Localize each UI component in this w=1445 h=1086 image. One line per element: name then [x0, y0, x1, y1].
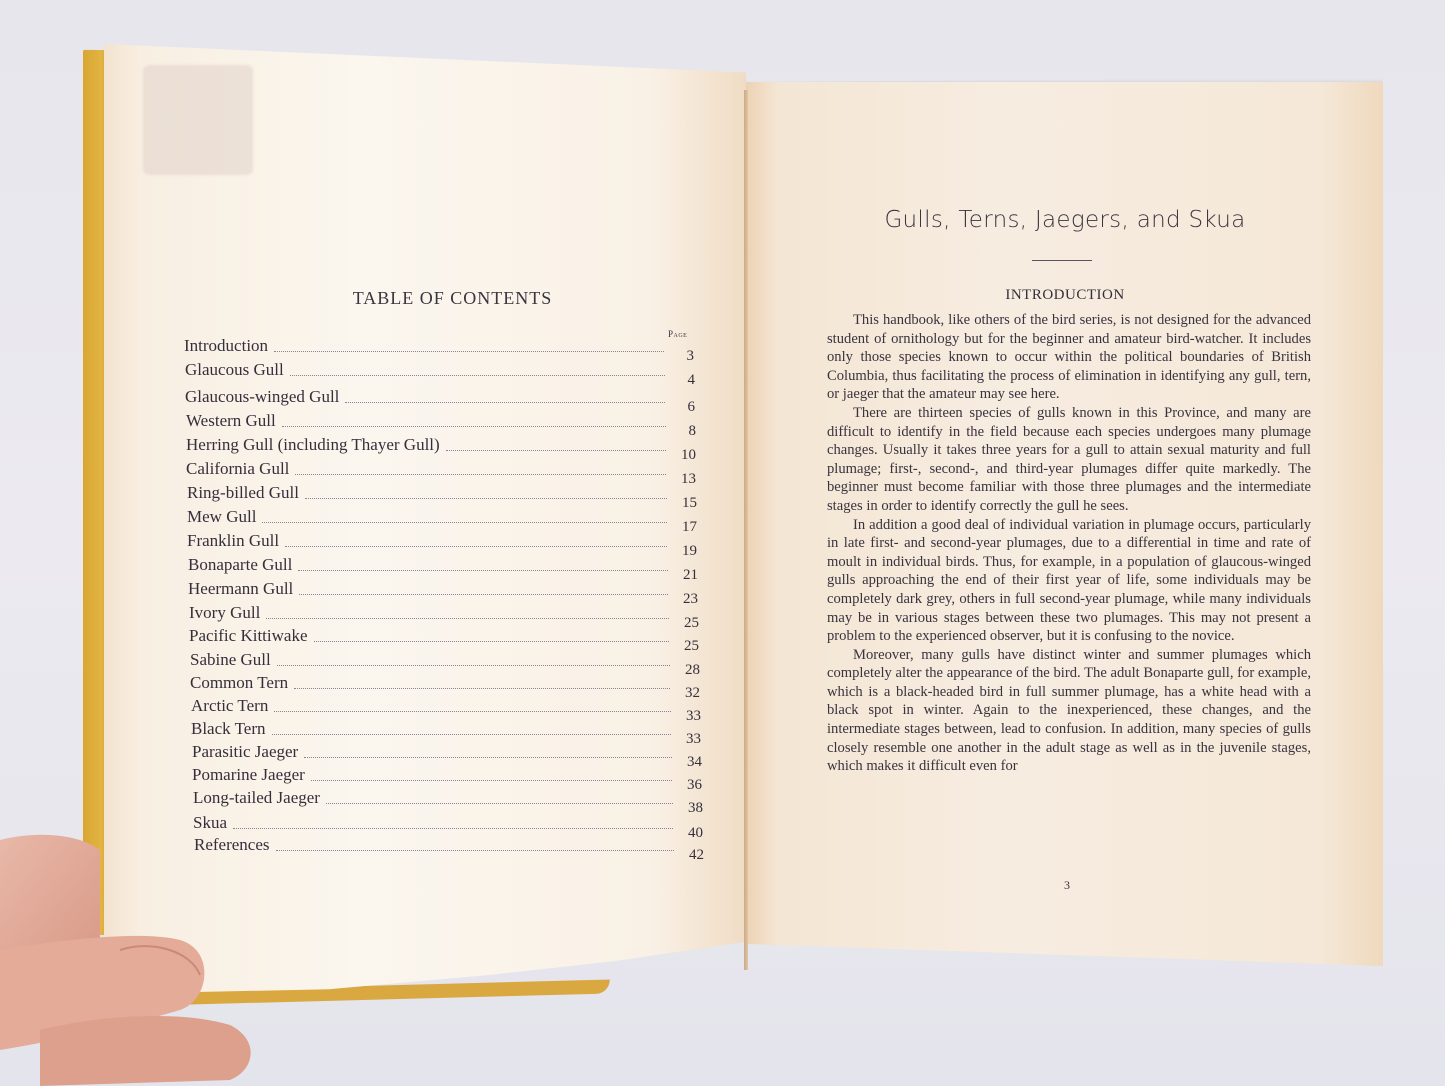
- book-gutter: [744, 90, 748, 970]
- toc-entry-label: Pacific Kittiwake: [189, 626, 308, 646]
- toc-entry: Sabine Gull28: [190, 646, 700, 670]
- toc-entry: Pacific Kittiwake25: [189, 622, 699, 646]
- toc-entry: Ring-billed Gull15: [187, 479, 697, 503]
- leader-dots: [299, 593, 668, 595]
- leader-dots: [326, 802, 673, 804]
- toc-entry-label: Parasitic Jaeger: [192, 742, 298, 762]
- toc-entry: Black Tern33: [191, 715, 701, 739]
- leader-dots: [311, 779, 672, 781]
- leader-dots: [304, 756, 672, 758]
- toc-entry-label: Glaucous Gull: [185, 360, 284, 380]
- toc-entry: Herring Gull (including Thayer Gull)10: [186, 431, 696, 455]
- toc-entry-label: Heermann Gull: [188, 579, 293, 599]
- leader-dots: [266, 617, 669, 619]
- leader-dots: [345, 401, 665, 403]
- toc-entry: Western Gull8: [186, 407, 696, 431]
- toc-entry: Parasitic Jaeger34: [192, 738, 702, 762]
- paragraph: There are thirteen species of gulls know…: [827, 404, 1311, 516]
- toc-entry: Pomarine Jaeger36: [192, 761, 702, 785]
- tape-stain: [143, 65, 253, 175]
- leader-dots: [285, 545, 667, 547]
- toc-entry-label: Introduction: [184, 336, 268, 356]
- toc-entry: Ivory Gull25: [189, 599, 699, 623]
- toc-entry-page: 42: [680, 845, 704, 865]
- leader-dots: [294, 687, 670, 689]
- toc-entry: Glaucous-winged Gull6: [185, 383, 695, 407]
- toc-entry-label: Common Tern: [190, 673, 288, 693]
- paragraph: In addition a good deal of individual va…: [827, 516, 1311, 646]
- toc-entry-label: Ivory Gull: [189, 603, 260, 623]
- leader-dots: [277, 664, 670, 666]
- leader-dots: [298, 569, 668, 571]
- toc-entry: Common Tern32: [190, 669, 700, 693]
- toc-entry-label: California Gull: [186, 459, 289, 479]
- toc-entry: Long-tailed Jaeger38: [193, 784, 703, 808]
- leader-dots: [276, 849, 674, 851]
- leader-dots: [290, 374, 665, 376]
- toc-entry: California Gull13: [186, 455, 696, 479]
- leader-dots: [446, 449, 666, 451]
- leader-dots: [305, 497, 667, 499]
- toc-entry: Heermann Gull23: [188, 575, 698, 599]
- toc-title: TABLE OF CONTENTS: [180, 288, 725, 309]
- toc-entry: Arctic Tern33: [191, 692, 701, 716]
- introduction-body: This handbook, like others of the bird s…: [827, 311, 1311, 776]
- page-number: 3: [1064, 878, 1070, 893]
- toc-entry-label: Bonaparte Gull: [188, 555, 292, 575]
- toc-entry: Introduction3: [184, 332, 694, 356]
- toc-entry-label: Pomarine Jaeger: [192, 765, 305, 785]
- toc-entry-label: Arctic Tern: [191, 696, 268, 716]
- leader-dots: [314, 640, 670, 642]
- toc-entry-label: Ring-billed Gull: [187, 483, 299, 503]
- toc-entry: Mew Gull17: [187, 503, 697, 527]
- toc-entry: Franklin Gull19: [187, 527, 697, 551]
- leader-dots: [282, 425, 666, 427]
- toc-entry-label: Glaucous-winged Gull: [185, 387, 339, 407]
- toc-entry-label: Herring Gull (including Thayer Gull): [186, 435, 440, 455]
- title-divider: [1032, 260, 1092, 261]
- paragraph: Moreover, many gulls have distinct winte…: [827, 646, 1311, 776]
- toc-entry-label: Mew Gull: [187, 507, 256, 527]
- book-title: Gulls, Terns, Jaegers, and Skua: [760, 207, 1370, 233]
- leader-dots: [272, 733, 672, 735]
- toc-entry-label: Western Gull: [186, 411, 276, 431]
- toc-entry-label: Black Tern: [191, 719, 266, 739]
- leader-dots: [274, 710, 671, 712]
- toc-entry: Skua40: [193, 809, 703, 833]
- hand-icon: [0, 790, 260, 1086]
- toc-entry: Glaucous Gull4: [185, 356, 695, 380]
- leader-dots: [274, 350, 664, 352]
- toc-entry: References42: [194, 831, 704, 855]
- leader-dots: [262, 521, 667, 523]
- toc-entry-label: Franklin Gull: [187, 531, 279, 551]
- leader-dots: [295, 473, 666, 475]
- leader-dots: [233, 827, 673, 829]
- toc-entry-label: Sabine Gull: [190, 650, 271, 670]
- section-heading: INTRODUCTION: [760, 287, 1370, 304]
- paragraph: This handbook, like others of the bird s…: [827, 311, 1311, 404]
- toc-entry: Bonaparte Gull21: [188, 551, 698, 575]
